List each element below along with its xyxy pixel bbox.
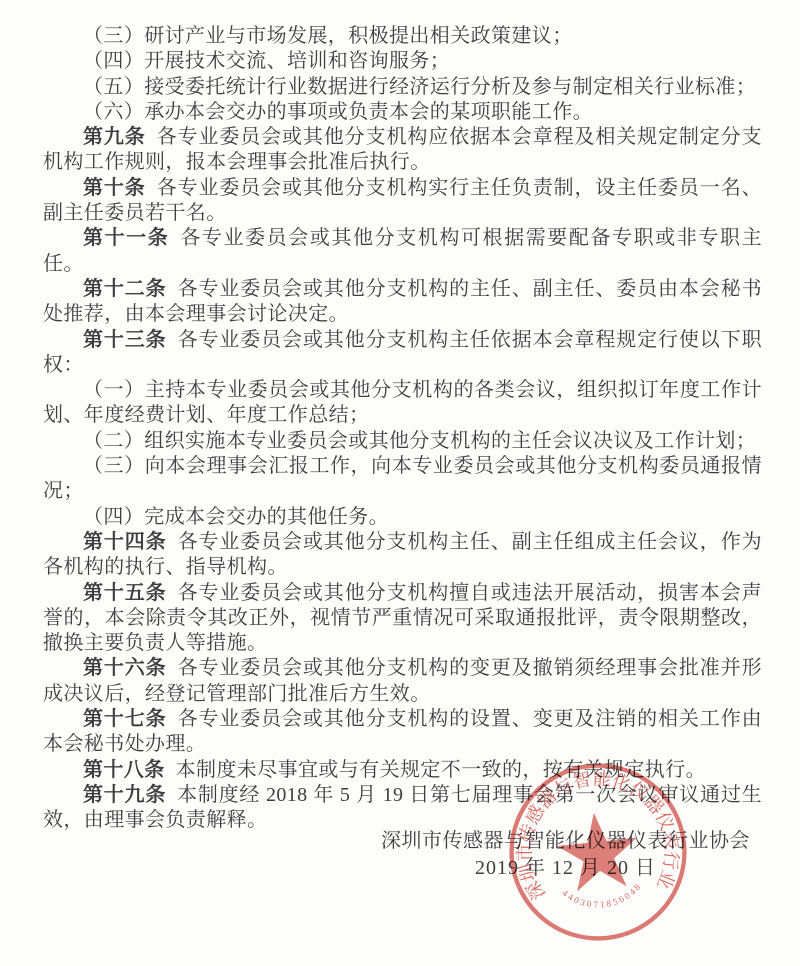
article-number: 第十条 — [83, 177, 146, 199]
issue-date: 2019 年 12 月 20 日 — [381, 855, 750, 881]
paragraph: （六）承办本会交办的事项或负责本会的某项职能工作。 — [43, 100, 762, 125]
article-number: 第十三条 — [83, 329, 167, 351]
paragraph: （四）完成本会交办的其他任务。 — [43, 505, 762, 530]
paragraph: 第十四条各专业委员会或其他分支机构主任、副主任组成主任会议，作为各机构的执行、指… — [43, 530, 762, 581]
article-number: 第十八条 — [83, 759, 165, 781]
paragraph: 第十七条各专业委员会或其他分支机构的设置、变更及注销的相关工作由本会秘书处办理。 — [43, 707, 762, 758]
article-number: 第十四条 — [83, 531, 167, 553]
paragraph: （四）开展技术交流、培训和咨询服务； — [43, 49, 762, 74]
article-number: 第九条 — [83, 126, 146, 148]
paragraph: 第十九条本制度经 2018 年 5 月 19 日第七届理事会第一次会议审议通过生… — [43, 783, 762, 834]
paragraph: （二）组织实施本专业委员会或其他分支机构的主任会议决议及工作计划； — [43, 429, 762, 454]
article-number: 第十五条 — [83, 582, 167, 604]
issuing-organization: 深圳市传感器与智能化仪器仪表行业协会 — [381, 828, 750, 854]
paragraph: 第十五条各专业委员会或其他分支机构擅自或违法开展活动，损害本会声誉的，本会除责令… — [43, 581, 762, 657]
paragraph: 第十八条本制度未尽事宜或与有关规定不一致的，按有关规定执行。 — [43, 758, 762, 783]
article-number: 第十一条 — [83, 227, 169, 249]
scanned-document-page: （三）研讨产业与市场发展，积极提出相关政策建议；（四）开展技术交流、培训和咨询服… — [0, 0, 800, 966]
document-body: （三）研讨产业与市场发展，积极提出相关政策建议；（四）开展技术交流、培训和咨询服… — [43, 24, 762, 834]
paragraph: 第十三条各专业委员会或其他分支机构主任依据本会章程规定行使以下职权： — [43, 328, 762, 379]
article-number: 第十九条 — [83, 784, 166, 806]
seal-serial-number: 4403071856048 — [560, 880, 646, 914]
paragraph: 第十条各专业委员会或其他分支机构实行主任负责制，设主任委员一名、副主任委员若干名… — [43, 176, 762, 227]
paragraph: 第九条各专业委员会或其他分支机构应依据本会章程及相关规定制定分支机构工作规则，报… — [43, 125, 762, 176]
paragraph: 第十六条各专业委员会或其他分支机构的变更及撤销须经理事会批准并形成决议后，经登记… — [43, 656, 762, 707]
article-number: 第十六条 — [83, 657, 167, 679]
paragraph: （三）向本会理事会汇报工作，向本专业委员会或其他分支机构委员通报情况； — [43, 454, 762, 505]
article-number: 第十二条 — [83, 278, 167, 300]
paragraph: 第十一条各专业委员会或其他分支机构可根据需要配备专职或非专职主任。 — [43, 226, 762, 277]
article-number: 第十七条 — [83, 708, 167, 730]
paragraph: （一）主持本专业委员会或其他分支机构的各类会议，组织拟订年度工作计划、年度经费计… — [43, 378, 762, 429]
paragraph: （三）研讨产业与市场发展，积极提出相关政策建议； — [43, 24, 762, 49]
paragraph: （五）接受委托统计行业数据进行经济运行分析及参与制定相关行业标准； — [43, 75, 762, 100]
signature-block: 深圳市传感器与智能化仪器仪表行业协会 2019 年 12 月 20 日 — [381, 828, 750, 881]
paragraph: 第十二条各专业委员会或其他分支机构的主任、副主任、委员由本会秘书处推荐，由本会理… — [43, 277, 762, 328]
